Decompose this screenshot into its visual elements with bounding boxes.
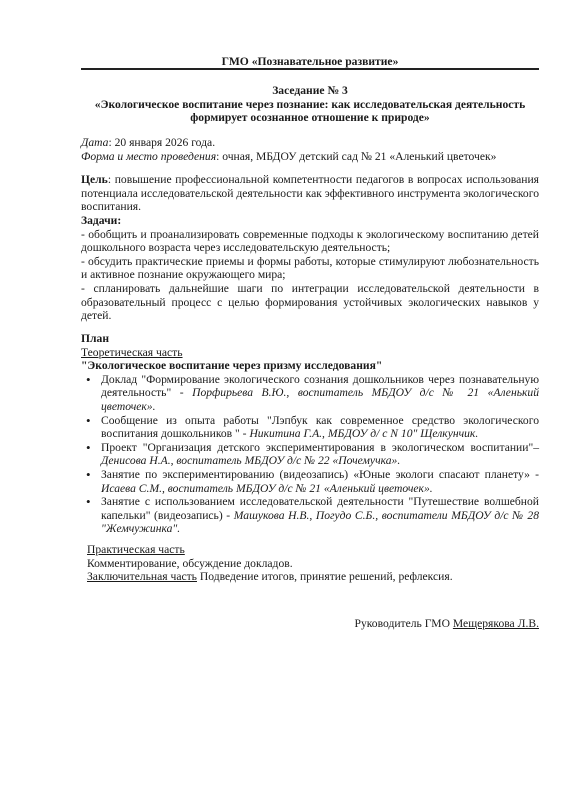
theory-part-title: "Экологическое воспитание через призму и…	[81, 359, 539, 373]
plan-item: Сообщение из опыта работы "Лэпбук как со…	[81, 414, 539, 441]
practice-section: Практическая часть Комментирование, обсу…	[87, 543, 539, 584]
final-part-row: Заключительная часть Подведение итогов, …	[87, 570, 539, 584]
practice-part-label: Практическая часть	[87, 543, 539, 557]
plan-label: План	[81, 332, 539, 346]
goal-section: Цель: повышение профессиональной компете…	[81, 173, 539, 214]
plan-item: Доклад "Формирование экологического созн…	[81, 373, 539, 414]
goal-label: Цель	[81, 173, 108, 186]
signature: Руководитель ГМО Мещерякова Л.В.	[355, 617, 539, 630]
task-item: - обсудить практические приемы и формы р…	[81, 255, 539, 282]
date-label: Дата	[81, 136, 108, 149]
plan-item-text: Проект "Организация детского эксперимент…	[101, 441, 539, 454]
header-divider	[81, 68, 539, 70]
plan-item-speaker: Никитина Г.А., МБДОУ д/ с N 10" Щелкунчи…	[249, 427, 478, 440]
plan-item-speaker: Исаева С.М., воспитатель МБДОУ д/с № 21 …	[101, 482, 433, 495]
date-value: : 20 января 2026 года.	[108, 136, 215, 149]
plan-item: Занятие с использованием исследовательск…	[81, 495, 539, 536]
plan-item: Занятие по экспериментированию (видеозап…	[81, 468, 539, 495]
theory-part-label: Теоретическая часть	[81, 346, 539, 360]
task-item: - обобщить и проанализировать современны…	[81, 228, 539, 255]
final-part-text: Подведение итогов, принятие решений, реф…	[197, 570, 453, 583]
task-item: - спланировать дальнейшие шаги по интегр…	[81, 282, 539, 323]
plan-items-list: Доклад "Формирование экологического созн…	[81, 373, 539, 536]
place-value: : очная, МБДОУ детский сад № 21 «Аленьки…	[216, 150, 496, 163]
goal-text: : повышение профессиональной компетентно…	[81, 173, 539, 213]
practice-part-text: Комментирование, обсуждение докладов.	[87, 557, 539, 571]
meeting-topic-line-1: «Экологическое воспитание через познание…	[81, 98, 539, 112]
plan-section: План Теоретическая часть "Экологическое …	[81, 332, 539, 536]
final-part-label: Заключительная часть	[87, 570, 197, 583]
meeting-heading: Заседание № 3 «Экологическое воспитание …	[81, 84, 539, 125]
meeting-number: Заседание № 3	[81, 84, 539, 98]
document-header-title: ГМО «Познавательное развитие»	[81, 55, 539, 68]
signature-name: Мещерякова Л.В.	[453, 617, 539, 630]
plan-item-speaker: Денисова Н.А., воспитатель МБДОУ д/с № 2…	[101, 454, 400, 467]
meeting-info: Дата: 20 января 2026 года. Форма и место…	[81, 136, 539, 163]
meeting-topic-line-2: формирует осознанное отношение к природе…	[81, 111, 539, 125]
date-row: Дата: 20 января 2026 года.	[81, 136, 539, 150]
signature-role: Руководитель ГМО	[355, 617, 453, 630]
tasks-label: Задачи:	[81, 214, 539, 228]
plan-item-text: Занятие по экспериментированию (видеозап…	[101, 468, 539, 481]
tasks-section: Задачи: - обобщить и проанализировать со…	[81, 214, 539, 323]
place-row: Форма и место проведения: очная, МБДОУ д…	[81, 150, 539, 164]
place-label: Форма и место проведения	[81, 150, 216, 163]
plan-item: Проект "Организация детского эксперимент…	[81, 441, 539, 468]
